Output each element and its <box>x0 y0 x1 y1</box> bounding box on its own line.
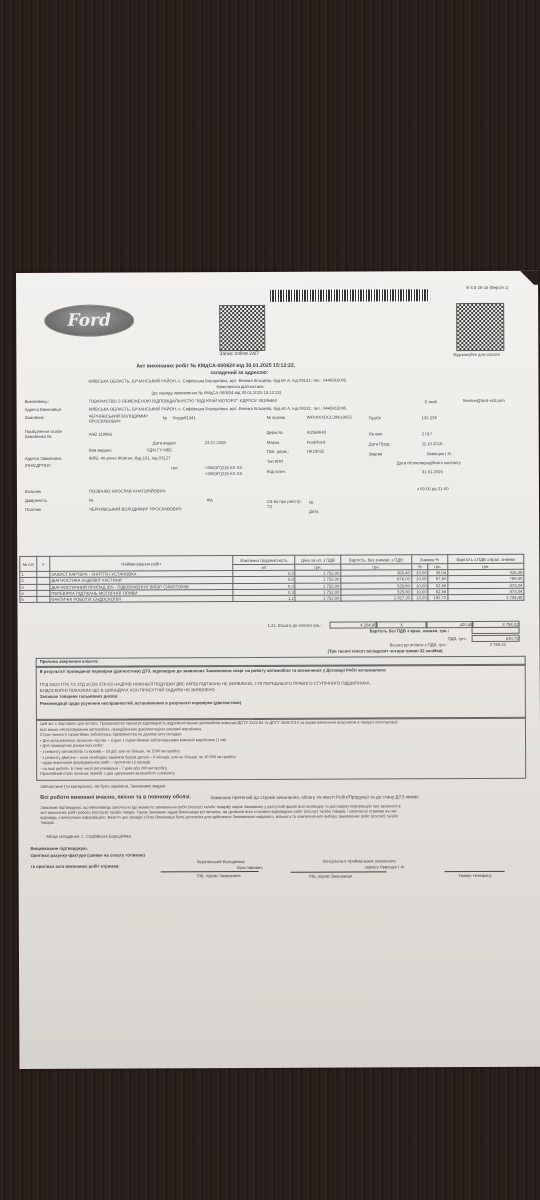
works-table: № п/п # Найменування робіт Фактична труд… <box>19 554 524 603</box>
subtotal-discount: 420,48 <box>426 621 474 628</box>
row-labor: 1,1 <box>233 595 295 601</box>
keys-label: Код ключ. <box>267 469 286 474</box>
contact-date-label: Дата післяопераційного контакту <box>397 460 461 465</box>
qr-code-booking[interactable] <box>219 305 265 351</box>
payer-label: Платник <box>25 507 41 512</box>
grand-total-label: Всього до оплати з ПДВ, грн.: <box>390 642 448 647</box>
phone-number-caption: Номер телефону <box>459 873 492 878</box>
qr-booking-caption: Запис online 24/7 <box>219 352 259 357</box>
col-labor: Фактична трудомісткість <box>233 555 295 564</box>
row-total: 1 734,48 <box>448 594 524 601</box>
passport-value: AAB 119966 <box>89 432 112 437</box>
phone-number-line[interactable] <box>445 871 505 872</box>
cert-label: Пов. держ.: <box>267 449 289 454</box>
folded-corner <box>516 271 538 285</box>
owner-value: ПОЗВІНКО ЯРОСЛАВ АНАТОЛІЙОВИЧ <box>89 488 166 494</box>
col-cost: Вартість, без знижки, з ПДВ <box>341 555 412 564</box>
customer-address-value: КИЇВ, 40-річчя Жовтня, буд.101, інд.0312… <box>89 455 171 461</box>
make-label: Марка <box>267 440 279 445</box>
form-code: Ф 8.5-26-15 (Версія 1) <box>466 285 508 290</box>
executor-sign-position: Консультант-приймальник загального <box>323 858 396 864</box>
accepted-label: Звкрив <box>369 451 383 456</box>
contact-time-value: з 09-00 до 21-00 <box>417 486 449 491</box>
proxy-label: Довіреність <box>25 498 47 503</box>
row-no: 5 <box>20 596 37 602</box>
issue-date-label: Дата видачі <box>153 440 176 445</box>
no-label: № <box>163 415 168 420</box>
row-cost: 1 927,20 <box>341 595 412 601</box>
total-in-words: (Три тисячі сімсот вісімдесят чотири гри… <box>328 648 443 654</box>
inn-label: ІПН/ЄДРПОУ <box>25 463 51 468</box>
payer-date-label: Дата <box>309 509 318 514</box>
recommendations-label: Рекомендації щодо усунення несправностей… <box>40 700 241 706</box>
reg-date-label: Дата Прод.: <box>369 441 392 446</box>
act-address: КИЇВСЬКА ОБЛАСТЬ, БУЧАНСЬКИЙ РАЙОН, с. С… <box>88 378 346 384</box>
row-discount-pct: 10,00 <box>412 595 429 601</box>
grand-total-value: 3 784,32 <box>490 642 506 647</box>
customer-sign-patronymic: Ярославович <box>237 865 263 870</box>
customer-sign-caption: ПІБ, підпис Замовника <box>197 873 241 878</box>
executor-value: ТОВАРИСТВО З ОБМЕЖЕНОЮ ВІДПОВІДАЛЬНІСТЮ … <box>89 398 277 404</box>
invoice-document: Ф 8.5-26-15 (Версія 1) Ford Запис online… <box>16 271 540 1069</box>
col-no: № п/п <box>20 556 37 571</box>
no-value: Роздоб1341 <box>173 415 196 420</box>
act-original-label: та оригінал акта виконаних робіт отримав… <box>31 864 120 870</box>
year-label: Рік вип. <box>369 431 384 436</box>
email-value: Service@ford-vidi.com <box>463 398 505 403</box>
row-discount-amount: 192,72 <box>428 595 448 601</box>
accepted-value: Левощко І.Ф. <box>427 451 452 456</box>
contact-date-value: 31.01.2025 <box>422 469 443 474</box>
customer-sign-name: Чернявський Володимир <box>197 859 245 864</box>
cert-value: HK19032 <box>307 449 324 454</box>
qr-payment-caption: Відскануйте для оплати <box>453 352 500 357</box>
col-total: Вартість з ПДВ з врах. знижки <box>448 554 524 563</box>
vin-value: WF0XXXDCCJ9K19032 <box>307 415 352 420</box>
year-value: 2 017 <box>422 431 433 436</box>
col-name: Найменування робіт <box>50 556 233 572</box>
payer-value: ЧЕРНЯВСЬКИЙ ВОЛОДИМИР ЯРОСЛАВОВИЧ <box>89 506 181 512</box>
act-type: Комплексна діагностика <box>216 384 263 389</box>
row-price: 1 752,00 <box>295 595 341 601</box>
confirm-above-label: Вищевказане підтверджую. <box>31 846 88 851</box>
plate-label: Держ.№ <box>267 430 283 435</box>
confirmation-line-3: відповідь з вичерпною інформацією. Вжитт… <box>40 813 398 820</box>
phone-label: тел: <box>171 465 179 470</box>
customer-value: ЧЕРНЯВСЬКИЙ ВОЛОДИМИР ЯРОСЛАВОВИЧ <box>89 413 149 424</box>
mileage-value: 130 239 <box>422 415 437 420</box>
issued-by-value: УДАІ ГУ МВС <box>147 447 173 452</box>
passport-label: Посвідчення особи Замовника № <box>25 429 67 440</box>
order-reference: (до наряду-замовлення № КМдСА-000824 від… <box>152 390 282 396</box>
no-vat-label: Вартість без ПДВ з врах. знижки, грн.: <box>370 628 449 634</box>
proxy-from-label: від <box>207 497 213 502</box>
issued-by-label: Ким видано <box>89 448 112 453</box>
works-done-statement: Всі роботи виконані вчасно, якісно та в … <box>40 795 191 801</box>
act-title: Акт виконаних робіт № КМдСА-000824 від 3… <box>136 364 295 370</box>
reason-label: Причини звернення клієнта: <box>40 659 99 664</box>
barcode <box>270 289 430 302</box>
no-vat-value <box>472 627 520 634</box>
mileage-label: Пробіг <box>369 415 382 420</box>
row-code <box>37 596 50 602</box>
ford-logo: Ford <box>44 304 134 336</box>
executor-sign-caption: ПІБ, підпис Виконавця <box>309 874 353 879</box>
executor-address-value: КИЇВСЬКА ОБЛАСТЬ, БУЧАНСЬКИЙ РАЙОН, с. С… <box>89 406 347 412</box>
executor-label: Виконавець: <box>25 399 49 404</box>
make-value: Ford/Ford <box>307 440 325 445</box>
findings-line-2: ЕНДОСКОПІЯ ПОКАЗАЛА ЩО В ЦИЛІНДРАХ ХОН П… <box>40 687 215 693</box>
reg-cert-no: № <box>309 500 314 505</box>
row-name: ФАКТИЧНІ РОБОТИ: ЕНДОСКОПІЯ <box>50 595 233 602</box>
phone-1: +380(97)219 XX XX <box>205 465 242 470</box>
phone-2: +380(97)219 XX XX <box>205 471 242 476</box>
plate-value: AI2569HO <box>307 430 327 435</box>
subtotal-label: 1.21. Всього до оплати грн.: <box>268 623 322 628</box>
reg-date-value: 11.10.2018 <box>422 441 443 446</box>
customer-address-label: Адреса Замовника <box>25 456 62 461</box>
gearbox-label: Тип КПП <box>267 459 284 464</box>
customer-signature-line[interactable] <box>161 871 259 872</box>
col-code: # <box>37 556 50 571</box>
email-label: E-mail: <box>425 399 438 404</box>
reg-cert-label: Св-во про реєстр. ТЗ <box>267 499 307 510</box>
customer-label: Замовник: <box>25 415 45 420</box>
proxy-no: № <box>89 498 94 503</box>
executor-address-label: Адреса Виконавця: <box>25 407 63 412</box>
act-subtitle: складений за адресою: <box>210 371 268 376</box>
invoice-original-label: Оригінал рахунку-фактури (заявки на спла… <box>31 852 145 858</box>
col-discount: Знижка % <box>411 555 447 564</box>
place-of-drafting: Місце складання: с. Софіївська Борщагівк… <box>46 834 130 840</box>
confirmation-line-4: товарів. <box>40 820 54 825</box>
vin-label: № кузова <box>267 415 285 420</box>
col-price: Ціна за н/г, з ПДВ <box>295 555 341 564</box>
warranty-text: Цей акт є підставою для оплати. Підприєм… <box>40 719 398 776</box>
parts-given-line: Запчастини (та матеріали), які було замі… <box>40 783 166 789</box>
brake-discs-label: Залишок товщини гальмівних дисків: <box>40 694 119 700</box>
issue-date-value: 23.07.2008 <box>205 440 226 445</box>
qr-code-payment[interactable] <box>456 303 504 351</box>
owner-label: Власник <box>25 489 41 494</box>
vat-label: ПДВ, грн.: <box>448 636 467 641</box>
executor-sign-name: сервісу Левощко І.Ф. <box>365 864 405 869</box>
no-claims-statement: Замовник претензій до строків виконання,… <box>210 794 420 800</box>
